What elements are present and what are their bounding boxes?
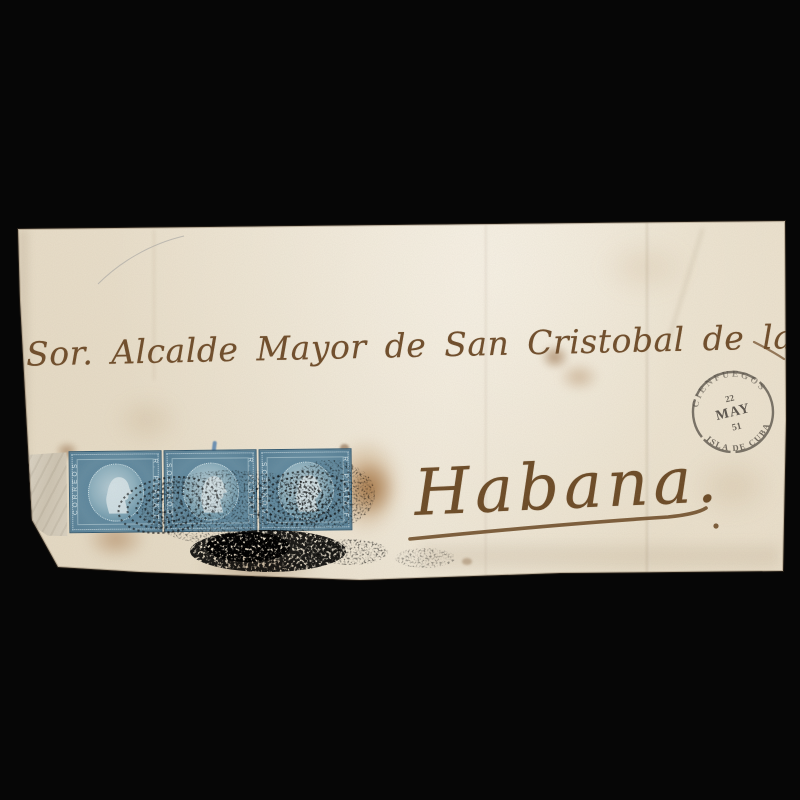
stamp-left-inscription: CORREOS	[262, 459, 270, 513]
faint-stain-left-mid	[112, 395, 182, 445]
faint-stain-top-right	[600, 240, 690, 295]
portrait-silhouette-icon	[95, 469, 135, 515]
left-edge-shading	[18, 229, 28, 569]
portrait-silhouette-icon	[190, 468, 230, 514]
stamp-1: CORREOS R. PLATA F.	[69, 450, 163, 533]
toning-stain-core	[345, 460, 395, 518]
portrait-silhouette-icon	[285, 467, 325, 513]
stamp-medallion	[277, 461, 334, 520]
envelope: Sor. Alcalde Mayor de San Cristobal de l…	[0, 0, 800, 800]
stamp-left-inscription: CORREOS	[72, 461, 80, 515]
stamp-medallion	[87, 463, 144, 522]
sheet-margin-selvage	[22, 452, 68, 536]
photo-canvas: Sor. Alcalde Mayor de San Cristobal de l…	[0, 0, 800, 800]
stamp-medallion	[182, 462, 239, 521]
destination-line: Habana.	[412, 443, 723, 531]
stamp-right-inscription: R. PLATA F.	[152, 458, 160, 526]
stain-bottom-center	[195, 552, 320, 584]
stamp-3: CORREOS R. PLATA F.	[259, 448, 353, 531]
stamp-left-inscription: CORREOS	[167, 460, 175, 514]
bottom-shadow-band	[420, 545, 780, 567]
address-line: Sor. Alcalde Mayor de San Cristobal de l…	[26, 317, 789, 373]
foxing-spot-2	[558, 362, 600, 392]
foxing-spot-5	[462, 558, 472, 565]
stamp-strip: CORREOS R. PLATA F. CORREOS R. PLATA F.	[22, 446, 353, 541]
stamp-2: CORREOS R. PLATA F.	[164, 449, 258, 532]
stamp-right-inscription: R. PLATA F.	[247, 457, 255, 525]
stamp-right-inscription: R. PLATA F.	[342, 456, 350, 524]
